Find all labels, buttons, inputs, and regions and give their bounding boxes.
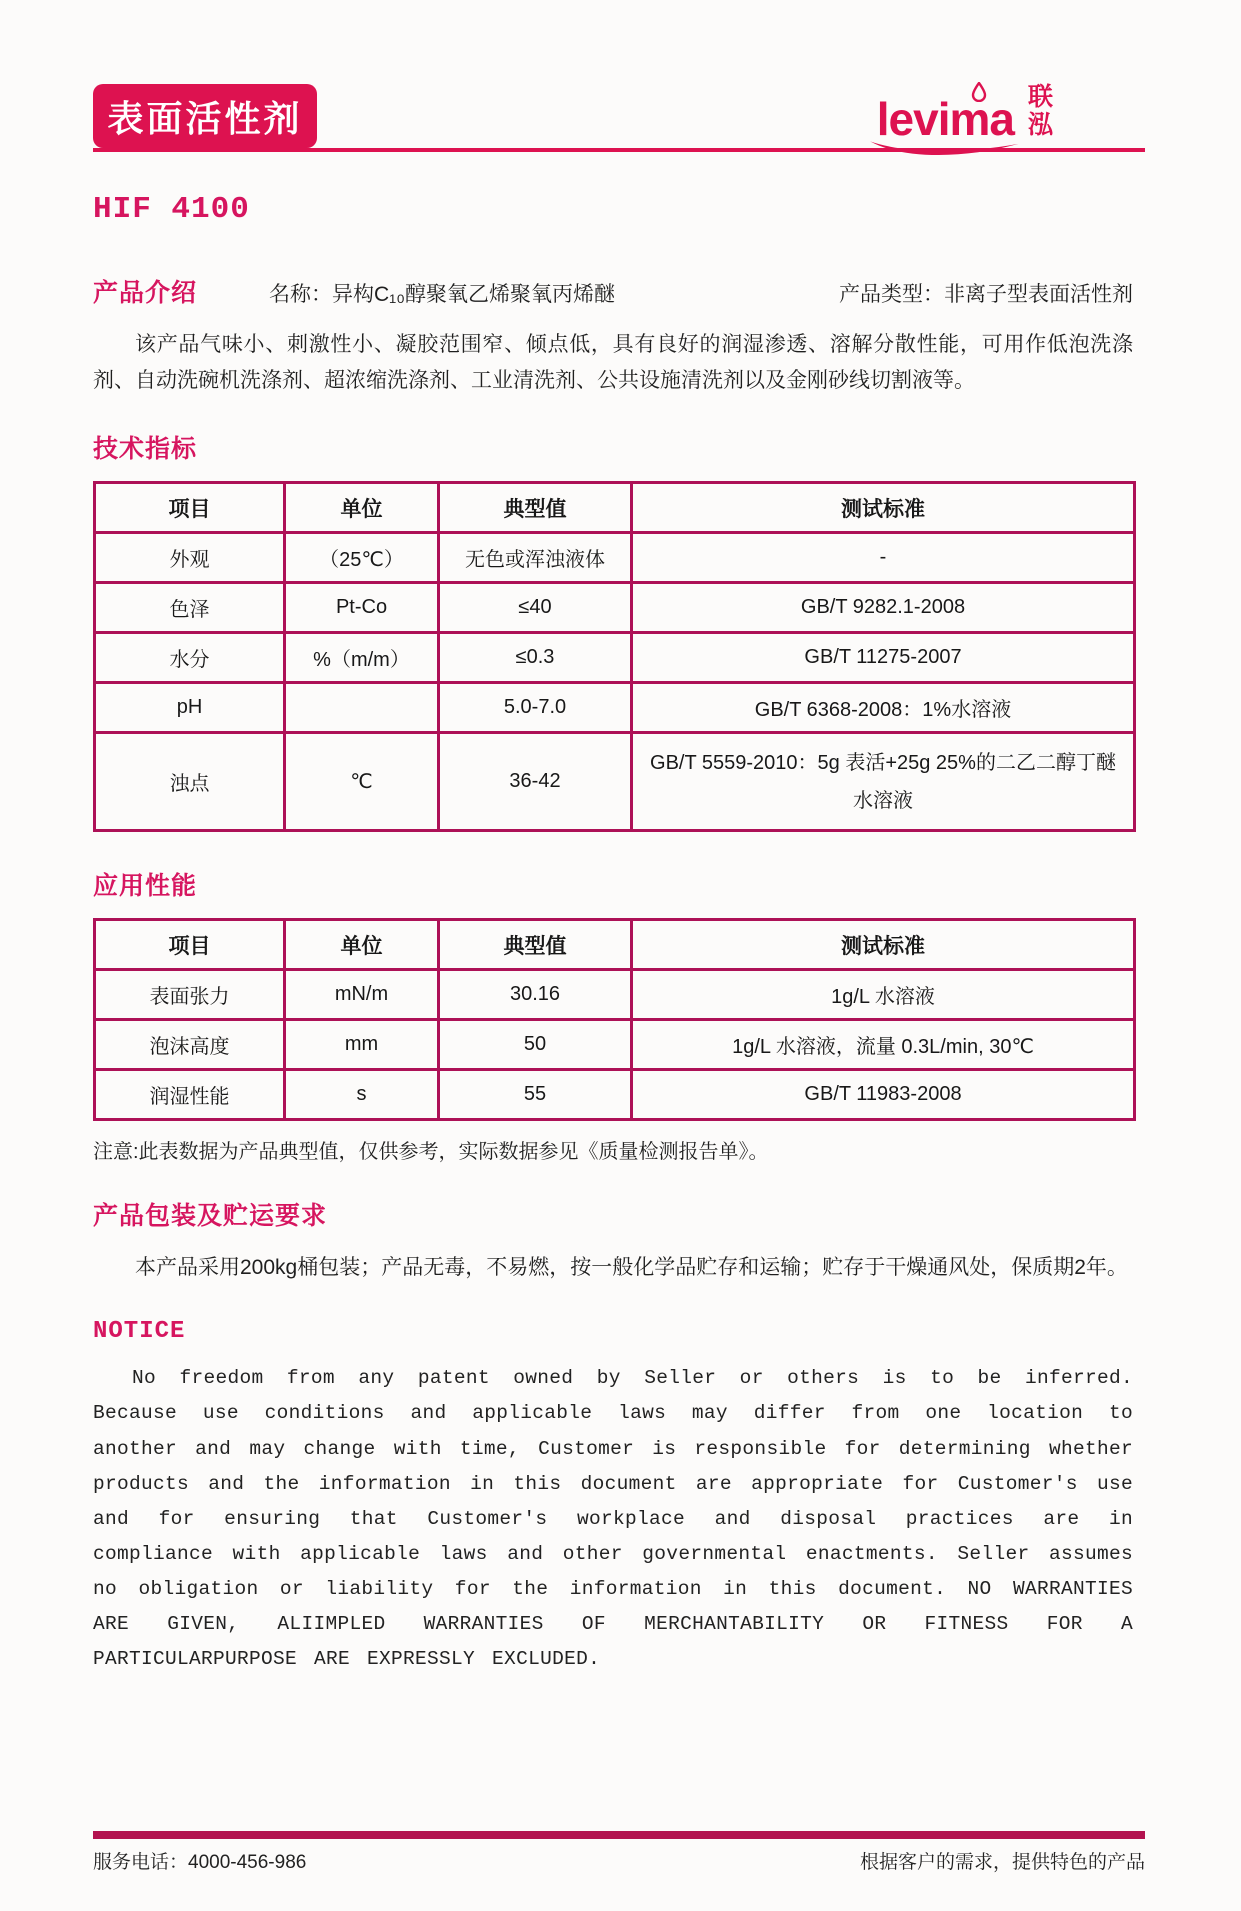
cell-unit: s xyxy=(285,1070,439,1120)
cell-standard: GB/T 5559-2010：5g 表活+25g 25%的二乙二醇丁醚水溶液 xyxy=(632,733,1135,831)
app-row-foam-height: 泡沫高度 mm 50 1g/L 水溶液，流量 0.3L/min, 30℃ xyxy=(95,1020,1135,1070)
col-header-standard: 测试标准 xyxy=(632,483,1135,533)
app-header-row: 项目 单位 典型值 测试标准 xyxy=(95,920,1135,970)
tech-specs-table: 项目 单位 典型值 测试标准 外观 （25℃） 无色或浑浊液体 - 色泽 Pt-… xyxy=(93,481,1136,832)
category-badge: 表面活性剂 xyxy=(93,84,317,148)
app-performance-heading: 应用性能 xyxy=(93,866,1133,902)
spec-row-cloud-point: 浊点 ℃ 36-42 GB/T 5559-2010：5g 表活+25g 25%的… xyxy=(95,733,1135,831)
cell-item: 泡沫高度 xyxy=(95,1020,285,1070)
app-performance-table: 项目 单位 典型值 测试标准 表面张力 mN/m 30.16 1g/L 水溶液 … xyxy=(93,918,1136,1121)
cell-standard: GB/T 9282.1-2008 xyxy=(632,583,1135,633)
spec-row-color: 色泽 Pt-Co ≤40 GB/T 9282.1-2008 xyxy=(95,583,1135,633)
app-row-wetting: 润湿性能 s 55 GB/T 11983-2008 xyxy=(95,1070,1135,1120)
tech-specs-heading: 技术指标 xyxy=(93,429,1133,465)
intro-row: 产品介绍 名称：异构C₁₀醇聚氧乙烯聚氧丙烯醚 产品类型：非离子型表面活性剂 xyxy=(93,273,1133,309)
cell-unit: ℃ xyxy=(285,733,439,831)
cell-typical: 50 xyxy=(439,1020,632,1070)
cell-standard: GB/T 6368-2008：1%水溶液 xyxy=(632,683,1135,733)
product-title: HIF 4100 xyxy=(93,192,1133,227)
notice-text: No freedom from any patent owned by Sell… xyxy=(93,1361,1133,1677)
spec-row-moisture: 水分 %（m/m） ≤0.3 GB/T 11275-2007 xyxy=(95,633,1135,683)
cell-standard: 1g/L 水溶液 xyxy=(632,970,1135,1020)
packaging-text: 本产品采用200kg桶包装；产品无毒，不易燃，按一般化学品贮存和运输；贮存于干燥… xyxy=(93,1250,1133,1286)
cell-unit: Pt-Co xyxy=(285,583,439,633)
footer: 服务电话：4000-456-986 根据客户的需求，提供特色的产品 xyxy=(93,1831,1145,1874)
col-header-typical: 典型值 xyxy=(439,920,632,970)
logo-cn-bottom: 泓 xyxy=(1028,111,1053,140)
logo-word-wrap: levima xyxy=(877,96,1014,142)
cell-unit: （25℃） xyxy=(285,533,439,583)
product-name: 名称：异构C₁₀醇聚氧乙烯聚氧丙烯醚 xyxy=(269,278,615,308)
cell-item: pH xyxy=(95,683,285,733)
cell-typical: ≤0.3 xyxy=(439,633,632,683)
cell-standard: 1g/L 水溶液，流量 0.3L/min, 30℃ xyxy=(632,1020,1135,1070)
cell-unit xyxy=(285,683,439,733)
datasheet-page: 表面活性剂 levima 联 泓 HIF 4100 产品介绍 名称：异构C₁₀醇… xyxy=(0,0,1241,1911)
cell-standard: - xyxy=(632,533,1135,583)
cell-item: 色泽 xyxy=(95,583,285,633)
cell-unit: %（m/m） xyxy=(285,633,439,683)
footer-rule xyxy=(93,1831,1145,1839)
cell-unit: mN/m xyxy=(285,970,439,1020)
cell-standard: GB/T 11275-2007 xyxy=(632,633,1135,683)
logo-cn-top: 联 xyxy=(1028,83,1053,112)
service-phone: 服务电话：4000-456-986 xyxy=(93,1847,306,1874)
cell-typical: 30.16 xyxy=(439,970,632,1020)
cell-standard: GB/T 11983-2008 xyxy=(632,1070,1135,1120)
col-header-item: 项目 xyxy=(95,483,285,533)
logo-swoosh-icon xyxy=(867,138,1021,160)
note-text: 注意:此表数据为产品典型值，仅供参考，实际数据参见《质量检测报告单》。 xyxy=(93,1135,1133,1164)
logo-chinese: 联 泓 xyxy=(1028,83,1053,143)
intro-heading: 产品介绍 xyxy=(93,273,197,309)
spec-row-appearance: 外观 （25℃） 无色或浑浊液体 - xyxy=(95,533,1135,583)
cell-item: 水分 xyxy=(95,633,285,683)
category-label: 表面活性剂 xyxy=(107,91,302,142)
header: 表面活性剂 levima 联 泓 xyxy=(93,78,1133,148)
product-description: 该产品气味小、刺激性小、凝胶范围窄、倾点低，具有良好的润湿渗透、溶解分散性能，可… xyxy=(93,327,1133,399)
app-row-surface-tension: 表面张力 mN/m 30.16 1g/L 水溶液 xyxy=(95,970,1135,1020)
col-header-unit: 单位 xyxy=(285,920,439,970)
cell-typical: 36-42 xyxy=(439,733,632,831)
cell-typical: 无色或浑浊液体 xyxy=(439,533,632,583)
cell-item: 表面张力 xyxy=(95,970,285,1020)
cell-item: 润湿性能 xyxy=(95,1070,285,1120)
col-header-typical: 典型值 xyxy=(439,483,632,533)
spec-row-ph: pH 5.0-7.0 GB/T 6368-2008：1%水溶液 xyxy=(95,683,1135,733)
packaging-heading: 产品包装及贮运要求 xyxy=(93,1196,1133,1232)
cell-item: 浊点 xyxy=(95,733,285,831)
footer-row: 服务电话：4000-456-986 根据客户的需求，提供特色的产品 xyxy=(93,1847,1145,1874)
col-header-item: 项目 xyxy=(95,920,285,970)
col-header-unit: 单位 xyxy=(285,483,439,533)
levima-logo: levima 联 泓 xyxy=(877,83,1053,149)
cell-item: 外观 xyxy=(95,533,285,583)
product-type: 产品类型：非离子型表面活性剂 xyxy=(839,278,1133,308)
cell-typical: 55 xyxy=(439,1070,632,1120)
cell-typical: 5.0-7.0 xyxy=(439,683,632,733)
footer-slogan: 根据客户的需求，提供特色的产品 xyxy=(860,1847,1145,1874)
col-header-standard: 测试标准 xyxy=(632,920,1135,970)
droplet-icon xyxy=(971,82,987,102)
cell-unit: mm xyxy=(285,1020,439,1070)
tech-header-row: 项目 单位 典型值 测试标准 xyxy=(95,483,1135,533)
cell-typical: ≤40 xyxy=(439,583,632,633)
notice-heading: NOTICE xyxy=(93,1318,1133,1345)
